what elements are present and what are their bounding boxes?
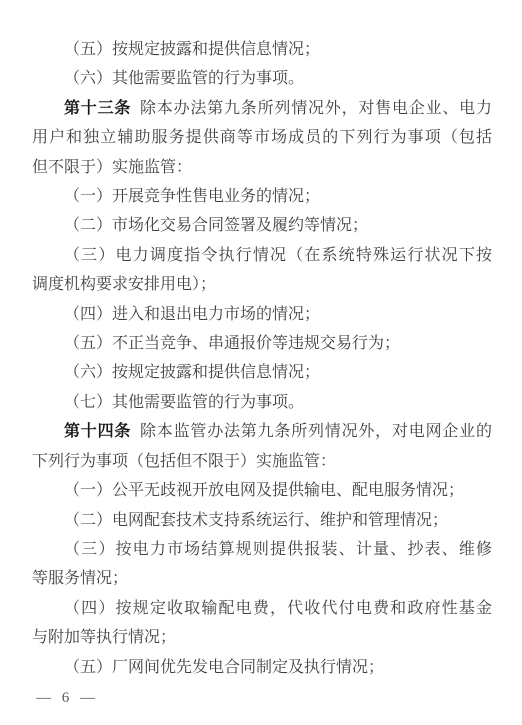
text-line: （二）电网配套技术支持系统运行、维护和管理情况；: [32, 506, 492, 535]
text-line: 第十四条除本监管办法第九条所列情况外，对电网企业的: [32, 417, 492, 446]
text-line: （三）电力调度指令执行情况（在系统特殊运行状况下按: [32, 241, 492, 270]
text-line: （四）进入和退出电力市场的情况；: [32, 300, 492, 329]
text-line: 等服务情况；: [32, 564, 492, 593]
text-line: 调度机构要求安排用电）；: [32, 270, 492, 299]
text-line: 下列行为事项（包括但不限于）实施监管：: [32, 447, 492, 476]
article-text: 除本办法第九条所列情况外，对售电企业、电力: [140, 100, 492, 117]
text-line: 第十三条除本办法第九条所列情况外，对售电企业、电力: [32, 94, 492, 123]
text-line: （一）开展竞争性售电业务的情况；: [32, 182, 492, 211]
text-line: （三）按电力市场结算规则提供报装、计量、抄表、维修: [32, 535, 492, 564]
text-line: （七）其他需要监管的行为事项。: [32, 388, 492, 417]
page-number: — 6 —: [36, 690, 97, 707]
text-line: 用户和独立辅助服务提供商等市场成员的下列行为事项（包括: [32, 123, 492, 152]
text-line: （五）按规定披露和提供信息情况；: [32, 35, 492, 64]
text-line: （五）不正当竞争、串通报价等违规交易行为；: [32, 329, 492, 358]
text-line: （四）按规定收取输配电费，代收代付电费和政府性基金: [32, 594, 492, 623]
article-number: 第十三条: [64, 100, 131, 117]
text-line: 与附加等执行情况；: [32, 623, 492, 652]
document-page: （五）按规定披露和提供信息情况； （六）其他需要监管的行为事项。 第十三条除本办…: [0, 0, 522, 725]
article-number: 第十四条: [64, 423, 131, 440]
text-line: （五）厂网间优先发电合同制定及执行情况；: [32, 653, 492, 682]
text-line: （二）市场化交易合同签署及履约等情况；: [32, 211, 492, 240]
article-text: 除本监管办法第九条所列情况外，对电网企业的: [140, 423, 492, 440]
text-line: （一）公平无歧视开放电网及提供输电、配电服务情况；: [32, 476, 492, 505]
text-line: （六）按规定披露和提供信息情况；: [32, 358, 492, 387]
text-line: （六）其他需要监管的行为事项。: [32, 64, 492, 93]
text-line: 但不限于）实施监管：: [32, 153, 492, 182]
document-body: （五）按规定披露和提供信息情况； （六）其他需要监管的行为事项。 第十三条除本办…: [32, 35, 492, 682]
